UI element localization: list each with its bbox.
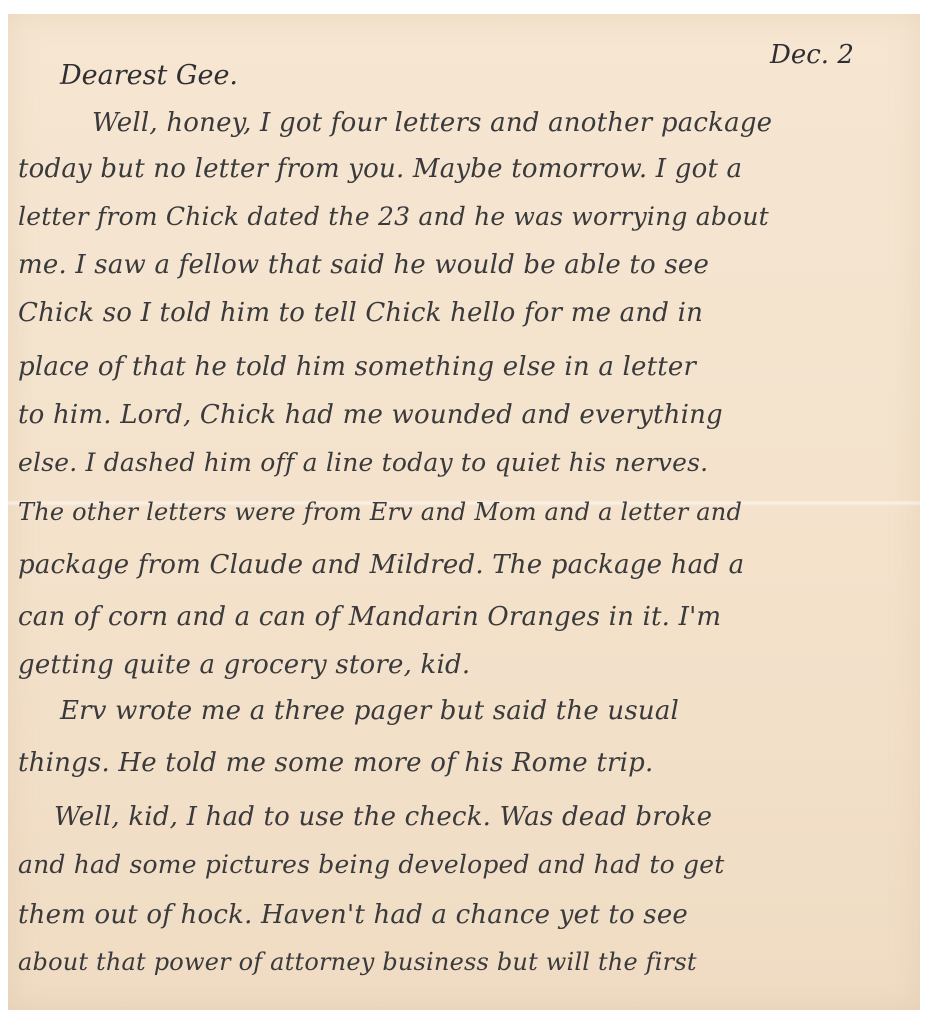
letter-line: letter from Chick dated the 23 and he wa…	[18, 204, 769, 229]
letter-date: Dec. 2	[770, 40, 854, 70]
letter-line: Well, kid, I had to use the check. Was d…	[54, 804, 712, 830]
letter-line: Chick so I told him to tell Chick hello …	[18, 300, 703, 326]
letter-line: place of that he told him something else…	[18, 354, 696, 380]
letter-line: today but no letter from you. Maybe tomo…	[18, 156, 742, 182]
letter-line: can of corn and a can of Mandarin Orange…	[18, 604, 721, 630]
letter-line: me. I saw a fellow that said he would be…	[18, 252, 709, 278]
letter-line: Well, honey, I got four letters and anot…	[92, 110, 772, 136]
letter-line: them out of hock. Haven't had a chance y…	[18, 902, 688, 928]
letter-line: to him. Lord, Chick had me wounded and e…	[18, 402, 723, 428]
letter-line: getting quite a grocery store, kid.	[18, 652, 470, 678]
letter-line: things. He told me some more of his Rome…	[18, 750, 653, 776]
letter-line: about that power of attorney business bu…	[18, 950, 697, 974]
letter-line: The other letters were from Erv and Mom …	[18, 500, 742, 524]
letter-salutation: Dearest Gee.	[60, 60, 238, 91]
letter-line: else. I dashed him off a line today to q…	[18, 450, 708, 475]
letter-line: package from Claude and Mildred. The pac…	[18, 552, 744, 578]
letter-line: Erv wrote me a three pager but said the …	[60, 698, 679, 724]
letter-line: and had some pictures being developed an…	[18, 852, 724, 877]
